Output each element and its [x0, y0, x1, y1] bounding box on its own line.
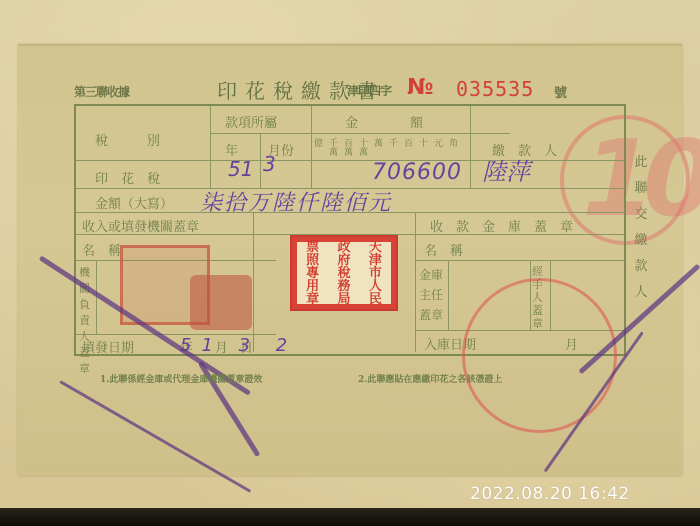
- copy-label: 第三聯收據: [74, 83, 129, 100]
- amount-unit: 角: [449, 140, 460, 158]
- amount-unit: 十萬: [359, 140, 370, 158]
- amount-unit: 十: [419, 140, 430, 158]
- seal-column: 天津市人民: [369, 241, 382, 306]
- period-header: 款項所屬: [225, 112, 277, 131]
- amount-words-label: 金額（大寫）: [95, 193, 173, 212]
- handwritten-fill-date: 51 3 2: [180, 335, 297, 356]
- title-row: 第三聯收據 印花稅繳款書 津印四字 № 035535 號: [62, 73, 672, 103]
- tax-type-header: 稅 別: [95, 130, 160, 149]
- side-note: 此聯交繳款人: [632, 150, 650, 306]
- personal-seal: [190, 275, 252, 330]
- amount-unit: 百萬: [344, 140, 355, 158]
- handwritten-payer: 陸萍: [482, 152, 530, 187]
- amount-unit: 萬: [374, 140, 385, 158]
- amount-unit: 億: [314, 140, 325, 158]
- amount-units: 億千萬百萬十萬萬千百十元角: [314, 140, 468, 158]
- handwritten-year: 51: [228, 157, 253, 181]
- fill-date-label: 填發日期: [82, 337, 134, 356]
- amount-unit: 千萬: [329, 140, 340, 158]
- divider: [311, 106, 312, 188]
- handwritten-month: 3: [263, 152, 276, 176]
- seal-column: 政府稅務局: [337, 241, 350, 306]
- tax-type-value: 印 花 稅: [95, 168, 160, 187]
- amount-unit: 元: [434, 140, 445, 158]
- divider: [470, 106, 471, 188]
- treasury-chief-label: 金庫主任蓋章: [419, 265, 447, 325]
- amount-unit: 百: [404, 140, 415, 158]
- official-tax-bureau-seal: 天津市人民政府稅務局票照專用章: [290, 235, 398, 311]
- seal-text: 天津市人民政府稅務局票照專用章: [297, 242, 391, 304]
- footnote-2: 2.此聯應貼在應繳印花之各該憑證上: [358, 372, 502, 385]
- amount-header: 金 額: [345, 112, 423, 131]
- serial-no-symbol: №: [407, 75, 433, 100]
- divider: [253, 212, 254, 352]
- collector-header: 收入或填發機關蓋章: [82, 216, 199, 235]
- divider: [210, 133, 510, 134]
- divider: [260, 133, 261, 188]
- treasury-header: 收 款 金 庫 蓋 章: [430, 216, 573, 235]
- handwritten-amount: 706600: [372, 160, 462, 185]
- name-label: 名 稱: [82, 240, 121, 259]
- seal-column: 票照專用章: [306, 241, 319, 306]
- footnote-1: 1.此聯係經金庫或代理金庫機關蓋章證效: [100, 372, 262, 385]
- serial-prefix: 津印四字: [347, 82, 391, 99]
- name-label-right: 名 稱: [424, 240, 463, 259]
- serial-suffix: 號: [554, 82, 567, 101]
- divider: [210, 106, 211, 188]
- handwritten-amount-words: 柒拾万陸仟陸佰元: [200, 186, 392, 217]
- amount-unit: 千: [389, 140, 400, 158]
- photo-timestamp: 2022.08.20 16:42: [470, 484, 630, 504]
- serial-number: 035535: [456, 77, 534, 101]
- divider: [415, 212, 416, 352]
- divider: [448, 260, 449, 330]
- photo-bottom-edge: [0, 508, 700, 526]
- divider: [415, 260, 624, 261]
- divider: [76, 160, 624, 161]
